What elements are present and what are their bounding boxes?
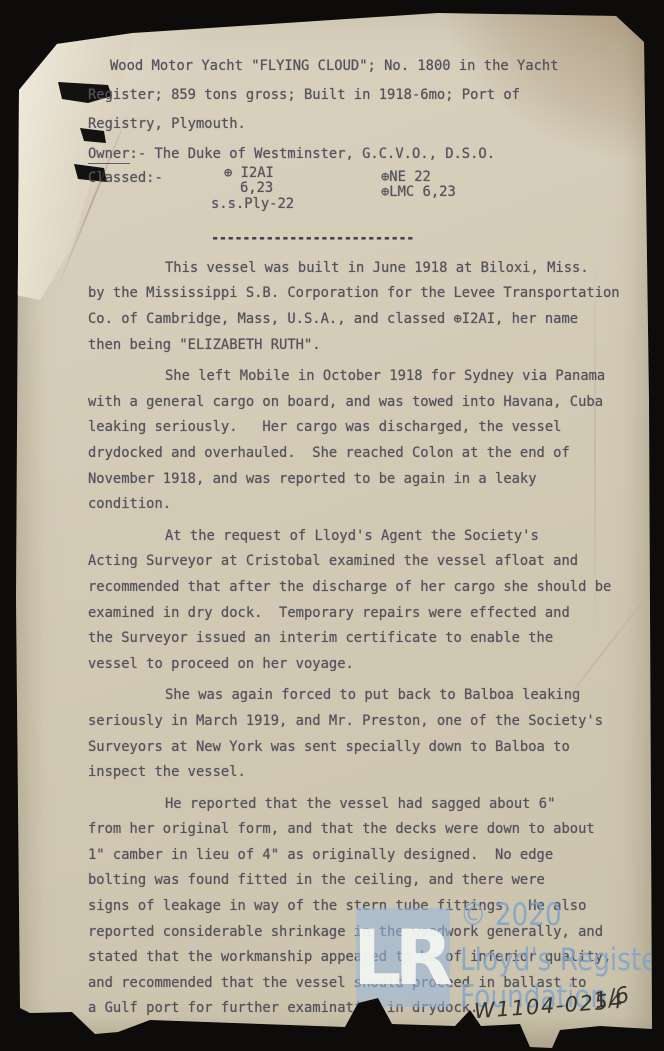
paragraph-line: Co. of Cambridge, Mass, U.S.A., and clas… — [88, 307, 648, 333]
paragraph-line: This vessel was built in June 1918 at Bi… — [88, 256, 648, 282]
paragraph: At the request of Lloyd's Agent the Soci… — [88, 524, 648, 678]
document-header: Wood Motor Yacht "FLYING CLOUD"; No. 180… — [88, 52, 648, 169]
header-line: Register; 859 tons gross; Built in 1918-… — [88, 81, 648, 110]
class-notation-block: Classed:- ⊕ I2AI 6,23 s.s.Ply-22 ⊕NE 22 … — [88, 170, 648, 227]
typewritten-text: Wood Motor Yacht "FLYING CLOUD"; No. 180… — [88, 52, 648, 1028]
paragraph-line: examined in dry dock. Temporary repairs … — [88, 601, 648, 627]
lloyds-register-logo: LR — [356, 908, 450, 1007]
paragraph-line: recommended that after the discharge of … — [88, 575, 648, 601]
paragraph-line: vessel to proceed on her voyage. — [88, 652, 648, 678]
paragraph-line: the Surveyor issued an interim certifica… — [88, 626, 648, 652]
paragraph-line: with a general cargo on board, and was t… — [88, 390, 648, 416]
paragraph: She was again forced to put back to Balb… — [88, 683, 648, 785]
watermark-copyright: © 2020 — [460, 897, 562, 933]
owner-value: :- The Duke of Westminster, G.C.V.O., D.… — [130, 146, 495, 162]
class-notation: 6,23 — [211, 181, 294, 197]
paragraph-line: then being "ELIZABETH RUTH". — [88, 333, 648, 359]
watermark-org-name: Lloyd's Register — [460, 942, 664, 978]
paragraph-line: leaking seriously. Her cargo was dischar… — [88, 415, 648, 441]
paragraph-line: seriously in March 1919, and Mr. Preston… — [88, 709, 648, 735]
paragraph-line: At the request of Lloyd's Agent the Soci… — [88, 524, 648, 550]
owner-line: Owner:- The Duke of Westminster, G.C.V.O… — [88, 140, 648, 169]
paragraph-line: Acting Surveyor at Cristobal examined th… — [88, 549, 648, 575]
class-notation: s.s.Ply-22 — [211, 197, 294, 213]
class-column-2: ⊕NE 22 ⊕LMC 6,23 — [381, 170, 456, 201]
paragraph-line: She was again forced to put back to Balb… — [88, 683, 648, 709]
paragraph-line: bolting was found fitted in the ceiling,… — [88, 868, 648, 894]
class-notation: ⊕NE 22 — [381, 170, 456, 186]
scan-background: Wood Motor Yacht "FLYING CLOUD"; No. 180… — [0, 0, 664, 1051]
paragraph: She left Mobile in October 1918 for Sydn… — [88, 364, 648, 518]
paragraph-line: 1" camber in lieu of 4" as originally de… — [88, 843, 648, 869]
document-page: Wood Motor Yacht "FLYING CLOUD"; No. 180… — [0, 0, 664, 1051]
paragraph-line: Surveyors at New York was sent specially… — [88, 735, 648, 761]
paragraph-line: November 1918, and was reported to be ag… — [88, 467, 648, 493]
paragraph-line: by the Mississippi S.B. Corporation for … — [88, 281, 648, 307]
header-line: Registry, Plymouth. — [88, 110, 648, 139]
classed-label: Classed:- — [88, 170, 163, 186]
paragraph-line: condition. — [88, 492, 648, 518]
paragraph-line: drydocked and overhauled. She reached Co… — [88, 441, 648, 467]
class-notation: ⊕ I2AI — [211, 166, 294, 182]
typed-separator: -------------------------- — [88, 230, 648, 246]
paragraph-line: inspect the vessel. — [88, 760, 648, 786]
class-column-1: ⊕ I2AI 6,23 s.s.Ply-22 — [211, 166, 294, 213]
paragraph-line: from her original form, and that the dec… — [88, 817, 648, 843]
header-line: Wood Motor Yacht "FLYING CLOUD"; No. 180… — [88, 52, 648, 81]
paragraph-line: She left Mobile in October 1918 for Sydn… — [88, 364, 648, 390]
paragraph-line: He reported that the vessel had sagged a… — [88, 792, 648, 818]
owner-label: Owner — [88, 146, 130, 164]
paragraph: This vessel was built in June 1918 at Bi… — [88, 256, 648, 358]
class-notation: ⊕LMC 6,23 — [381, 185, 456, 201]
